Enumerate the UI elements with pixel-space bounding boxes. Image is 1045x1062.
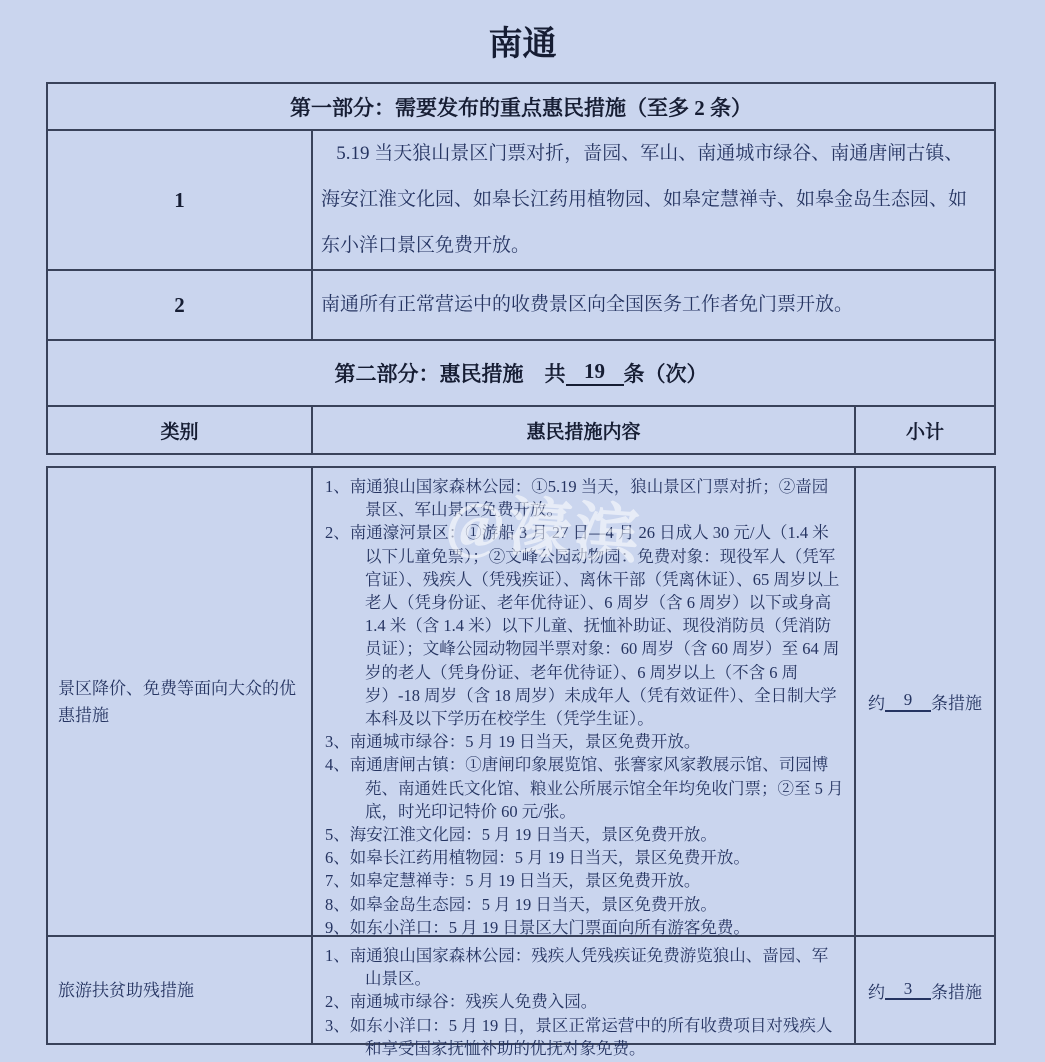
list-item: 5、海安江淮文化园：5 月 19 日当天，景区免费开放。 — [325, 823, 844, 846]
table-row: 旅游扶贫助残措施 1、南通狼山国家森林公园：残疾人凭残疾证免费游览狼山、啬园、军… — [48, 935, 994, 1043]
subtotal-prefix: 约 — [868, 689, 885, 714]
part2-header-row: 第二部分：惠民措施 共19条（次） — [48, 339, 994, 405]
col-header-category: 类别 — [48, 407, 311, 453]
list-item: 8、如皋金岛生态园：5 月 19 日当天，景区免费开放。 — [325, 893, 844, 916]
category-cell: 景区降价、免费等面向大众的优惠措施 — [48, 468, 311, 935]
part2-header-prefix: 第二部分：惠民措施 共 — [335, 358, 566, 388]
list-item: 7、如皋定慧禅寺：5 月 19 日当天，景区免费开放。 — [325, 869, 844, 892]
subtotal-suffix: 条措施 — [931, 689, 982, 714]
list-item: 3、南通城市绿谷：5 月 19 日当天，景区免费开放。 — [325, 730, 844, 753]
row-number: 2 — [48, 271, 311, 339]
page-title: 南通 — [0, 0, 1045, 82]
list-item: 2、南通濠河景区：①游船 3 月 27 日—4 月 26 日成人 30 元/人（… — [325, 521, 844, 730]
col-header-subtotal: 小计 — [854, 407, 994, 453]
subtotal-cell: 约9条措施 — [854, 468, 994, 935]
row-content-text: 南通所有正常营运中的收费景区向全国医务工作者免门票开放。 — [321, 292, 853, 318]
row-content: 南通所有正常营运中的收费景区向全国医务工作者免门票开放。 — [311, 271, 994, 339]
part1-header: 第一部分：需要发布的重点惠民措施（至多 2 条） — [48, 84, 994, 129]
list-item: 2、南通城市绿谷：残疾人免费入园。 — [325, 990, 844, 1013]
part2-table: 景区降价、免费等面向大众的优惠措施 1、南通狼山国家森林公园：①5.19 当天，… — [46, 466, 996, 1045]
list-item: 4、南通唐闸古镇：①唐闸印象展览馆、张謇家风家教展示馆、司园博苑、南通姓氏文化馆… — [325, 753, 844, 823]
part1-row-1: 1 5.19 当天狼山景区门票对折，啬园、军山、南通城市绿谷、南通唐闸古镇、海安… — [48, 129, 994, 269]
col-header-content: 惠民措施内容 — [311, 407, 854, 453]
subtotal-cell: 约3条措施 — [854, 937, 994, 1043]
row-number: 1 — [48, 131, 311, 269]
column-header-row: 类别 惠民措施内容 小计 — [48, 405, 994, 453]
category-text: 旅游扶贫助残措施 — [58, 977, 194, 1004]
subtotal-count-blank: 9 — [885, 691, 931, 712]
category-cell: 旅游扶贫助残措施 — [48, 937, 311, 1043]
part1-header-row: 第一部分：需要发布的重点惠民措施（至多 2 条） — [48, 84, 994, 129]
part1-row-2: 2 南通所有正常营运中的收费景区向全国医务工作者免门票开放。 — [48, 269, 994, 339]
measures-cell: 1、南通狼山国家森林公园：残疾人凭残疾证免费游览狼山、啬园、军山景区。 2、南通… — [311, 937, 854, 1043]
subtotal-count-blank: 3 — [885, 980, 931, 1001]
list-item: 1、南通狼山国家森林公园：①5.19 当天，狼山景区门票对折；②啬园景区、军山景… — [325, 475, 844, 521]
row-content: 5.19 当天狼山景区门票对折，啬园、军山、南通城市绿谷、南通唐闸古镇、海安江淮… — [311, 131, 994, 269]
list-item: 9、如东小洋口：5 月 19 日景区大门票面向所有游客免费。 — [325, 916, 844, 939]
part1-table: 第一部分：需要发布的重点惠民措施（至多 2 条） 1 5.19 当天狼山景区门票… — [46, 82, 996, 455]
measures-cell: 1、南通狼山国家森林公园：①5.19 当天，狼山景区门票对折；②啬园景区、军山景… — [311, 468, 854, 935]
table-row: 景区降价、免费等面向大众的优惠措施 1、南通狼山国家森林公园：①5.19 当天，… — [48, 468, 994, 935]
part2-count-blank: 19 — [566, 360, 624, 385]
part2-header: 第二部分：惠民措施 共19条（次） — [48, 341, 994, 405]
table-gap — [0, 455, 1045, 466]
category-text: 景区降价、免费等面向大众的优惠措施 — [58, 675, 297, 729]
row-content-text: 5.19 当天狼山景区门票对折，啬园、军山、南通城市绿谷、南通唐闸古镇、海安江淮… — [321, 131, 982, 269]
list-item: 6、如皋长江药用植物园：5 月 19 日当天，景区免费开放。 — [325, 846, 844, 869]
list-item: 1、南通狼山国家森林公园：残疾人凭残疾证免费游览狼山、啬园、军山景区。 — [325, 944, 844, 990]
subtotal-prefix: 约 — [868, 978, 885, 1003]
part2-header-suffix: 条（次） — [624, 358, 708, 388]
list-item: 3、如东小洋口：5 月 19 日，景区正常运营中的所有收费项目对残疾人和享受国家… — [325, 1014, 844, 1060]
subtotal-suffix: 条措施 — [931, 978, 982, 1003]
